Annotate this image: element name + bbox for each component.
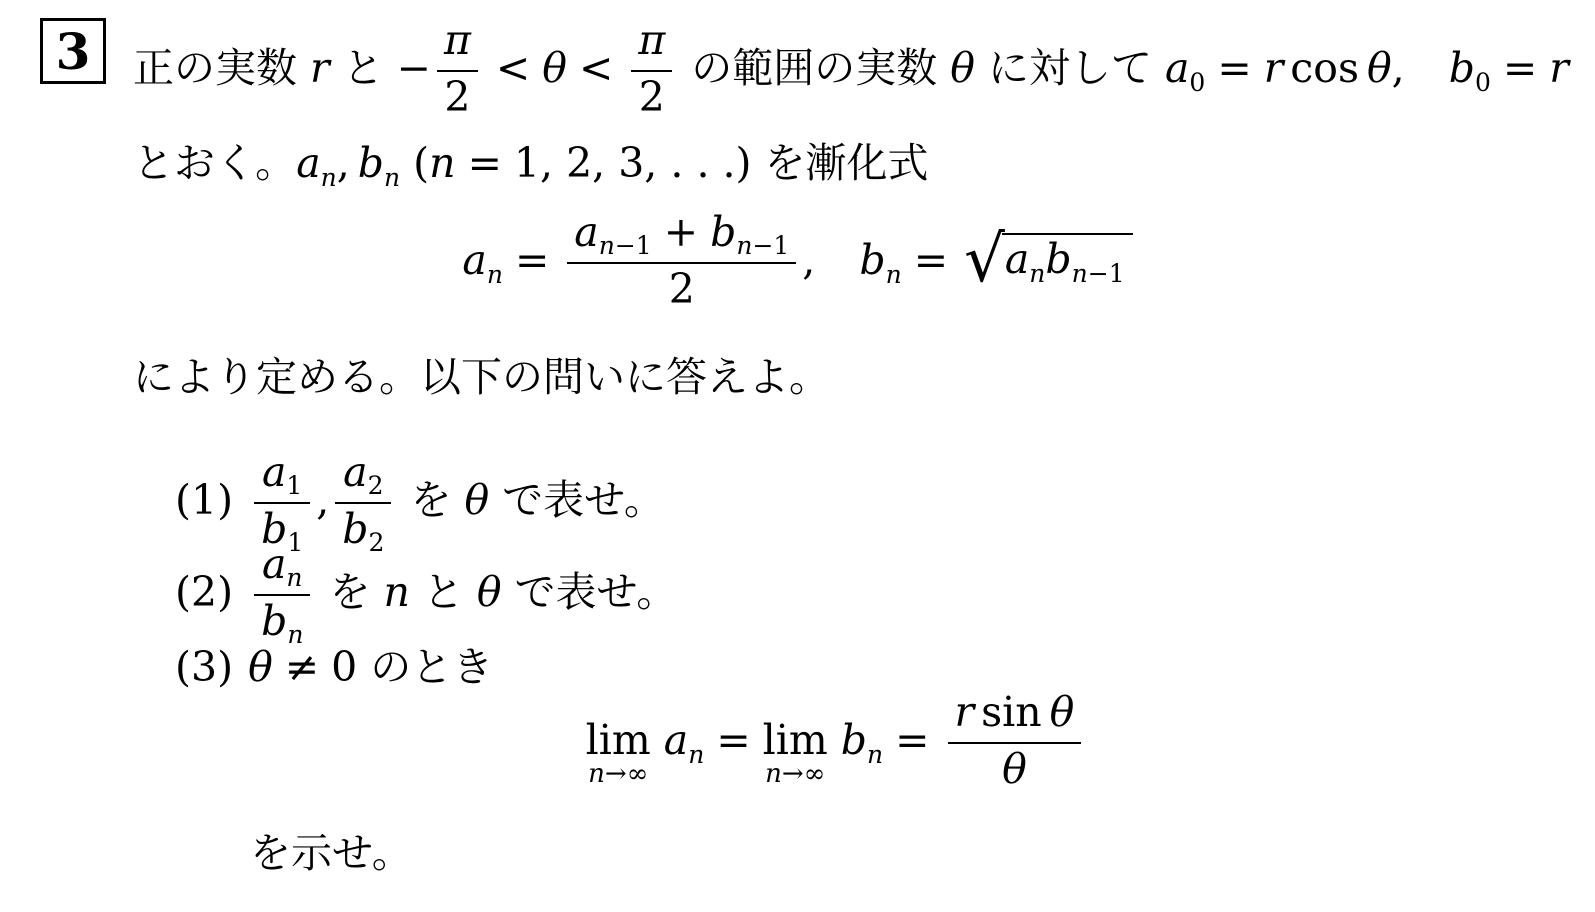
var-a: a	[664, 716, 688, 764]
text-no-toki: のとき	[370, 643, 493, 691]
var-theta: θ	[248, 643, 273, 691]
var-a: a	[343, 448, 367, 496]
var-n: n	[588, 759, 605, 789]
var-theta: θ	[1050, 688, 1075, 736]
subscript-n: n	[688, 740, 704, 769]
subscript-0: 0	[1189, 68, 1205, 97]
equals-sign: =	[468, 139, 502, 187]
var-theta: θ	[464, 476, 489, 524]
right-paren: )	[736, 139, 752, 187]
equals-sign: =	[914, 236, 948, 284]
limit-operator: limn→∞	[586, 716, 651, 764]
subscript-n: n	[1029, 259, 1045, 288]
left-paren: (	[413, 139, 429, 187]
radical-icon: √	[964, 228, 1005, 292]
question-1-label: (1)	[175, 476, 233, 524]
sin-function: sin	[981, 688, 1042, 736]
number-2: 2	[444, 73, 470, 121]
limit-operator: limn→∞	[763, 716, 828, 764]
comma: ,	[802, 236, 815, 284]
plus-sign: +	[664, 208, 698, 256]
subscript-n: n	[599, 231, 615, 260]
particle-to: と	[343, 44, 384, 92]
text-sadameru: により定める。以下の問いに答えよ。	[133, 353, 830, 401]
var-pi: π	[638, 16, 665, 64]
var-theta: θ	[1367, 44, 1392, 92]
var-a: a	[262, 448, 286, 496]
subscript-n: n	[736, 231, 752, 260]
text-shimese: を示せ。	[250, 829, 413, 877]
intro-line-2: とおく。an,bn(n=1, 2, 3, . . .)を漸化式	[133, 130, 929, 189]
subscript-2: 2	[368, 471, 384, 500]
var-b: b	[1045, 235, 1071, 283]
text-arawase: で表せ。	[515, 568, 678, 616]
radicand: anbn−1	[1002, 233, 1133, 291]
intro-text-2: の範囲の実数	[691, 44, 937, 92]
var-b: b	[710, 208, 736, 256]
var-a: a	[262, 540, 286, 588]
var-b: b	[342, 505, 368, 553]
intro-text-1: 正の実数	[133, 44, 297, 92]
var-r: r	[310, 44, 330, 92]
number-0: 0	[331, 643, 357, 691]
not-equal-sign: ≠	[285, 643, 319, 691]
minus-sign: −	[397, 44, 431, 92]
equals-sign: =	[1503, 44, 1537, 92]
var-r: r	[1549, 44, 1569, 92]
recurrence-display-equation: an=an−1+bn−12,bn=√anbn−1	[0, 220, 1595, 328]
fraction-rsin-theta: rsinθθ	[948, 691, 1082, 799]
number-sequence: 1, 2, 3, . . .	[514, 139, 736, 187]
text-tooku: とおく。	[133, 139, 296, 187]
limit-display-equation: limn→∞an=limn→∞bn=rsinθθ	[0, 700, 1595, 808]
subscript-minus-1: −1	[752, 231, 789, 260]
var-a: a	[296, 139, 320, 187]
var-b: b	[859, 236, 885, 284]
equals-sign: =	[515, 236, 549, 284]
subscript-n: n	[867, 740, 883, 769]
text-zenkashiki: を漸化式	[765, 139, 929, 187]
intro-text-3: に対して	[988, 44, 1152, 92]
exam-problem-page: 3 正の実数rと−π2<θ<π2の範囲の実数θに対してa0=rcosθ,b0=r…	[0, 0, 1595, 912]
question-3: (3)θ≠0のとき	[175, 634, 493, 693]
var-n: n	[429, 139, 455, 187]
subscript-0: 0	[1475, 68, 1491, 97]
var-b: b	[841, 716, 867, 764]
question-3-label: (3)	[175, 643, 233, 691]
subscript-n: n	[321, 163, 337, 192]
number-2: 2	[669, 265, 695, 313]
comma: ,	[316, 476, 329, 524]
square-root: √anbn−1	[964, 233, 1133, 297]
text-arawase: で表せ。	[502, 476, 665, 524]
intro-line-1: 正の実数rと−π2<θ<π2の範囲の実数θに対してa0=rcosθ,b0=r	[133, 28, 1569, 136]
var-r: r	[1264, 44, 1284, 92]
var-theta: θ	[1002, 745, 1027, 793]
equals-sign: =	[1217, 44, 1251, 92]
fraction-a2-b2: a2b2	[335, 451, 391, 559]
var-n: n	[383, 568, 409, 616]
problem-number-box: 3	[40, 18, 106, 84]
var-theta: θ	[542, 44, 567, 92]
var-a: a	[574, 208, 598, 256]
var-pi: π	[444, 16, 471, 64]
subscript-n: n	[1072, 259, 1088, 288]
lim-word: lim	[586, 716, 651, 764]
to-infinity: →∞	[605, 759, 648, 789]
limit-subscript: n→∞	[765, 759, 825, 789]
var-theta: θ	[477, 568, 502, 616]
fraction-pi-over-2: π2	[437, 19, 478, 127]
comma: ,	[337, 139, 350, 187]
var-a: a	[1005, 235, 1029, 283]
particle-wo: を	[329, 568, 370, 616]
subscript-n: n	[384, 163, 400, 192]
particle-to: と	[423, 568, 464, 616]
comma: ,	[1392, 44, 1405, 92]
to-infinity: →∞	[782, 759, 825, 789]
number-2: 2	[639, 73, 665, 121]
less-than-sign: <	[579, 44, 613, 92]
var-n: n	[765, 759, 782, 789]
var-b: b	[358, 139, 384, 187]
less-than-sign: <	[496, 44, 530, 92]
var-theta: θ	[950, 44, 975, 92]
var-a: a	[462, 236, 486, 284]
var-r: r	[955, 688, 975, 736]
instruction-line: により定める。以下の問いに答えよ。	[133, 344, 830, 403]
subscript-minus-1: −1	[615, 231, 652, 260]
equals-sign: =	[895, 716, 929, 764]
subscript-n: n	[886, 260, 902, 289]
fraction-pi-over-2: π2	[631, 19, 672, 127]
subscript-n: n	[487, 260, 503, 289]
cos-function: cos	[1290, 44, 1359, 92]
var-b: b	[1449, 44, 1475, 92]
fraction-recurrence-a: an−1+bn−12	[567, 211, 796, 319]
subscript-minus-1: −1	[1088, 259, 1125, 288]
subscript-1: 1	[286, 471, 302, 500]
problem-number: 3	[56, 22, 91, 81]
subscript-n: n	[286, 563, 302, 592]
lim-word: lim	[763, 716, 828, 764]
footer-line: を示せ。	[250, 820, 413, 879]
question-2-label: (2)	[175, 568, 233, 616]
equals-sign: =	[716, 716, 750, 764]
limit-subscript: n→∞	[588, 759, 648, 789]
var-a: a	[1165, 44, 1189, 92]
particle-wo: を	[410, 476, 451, 524]
